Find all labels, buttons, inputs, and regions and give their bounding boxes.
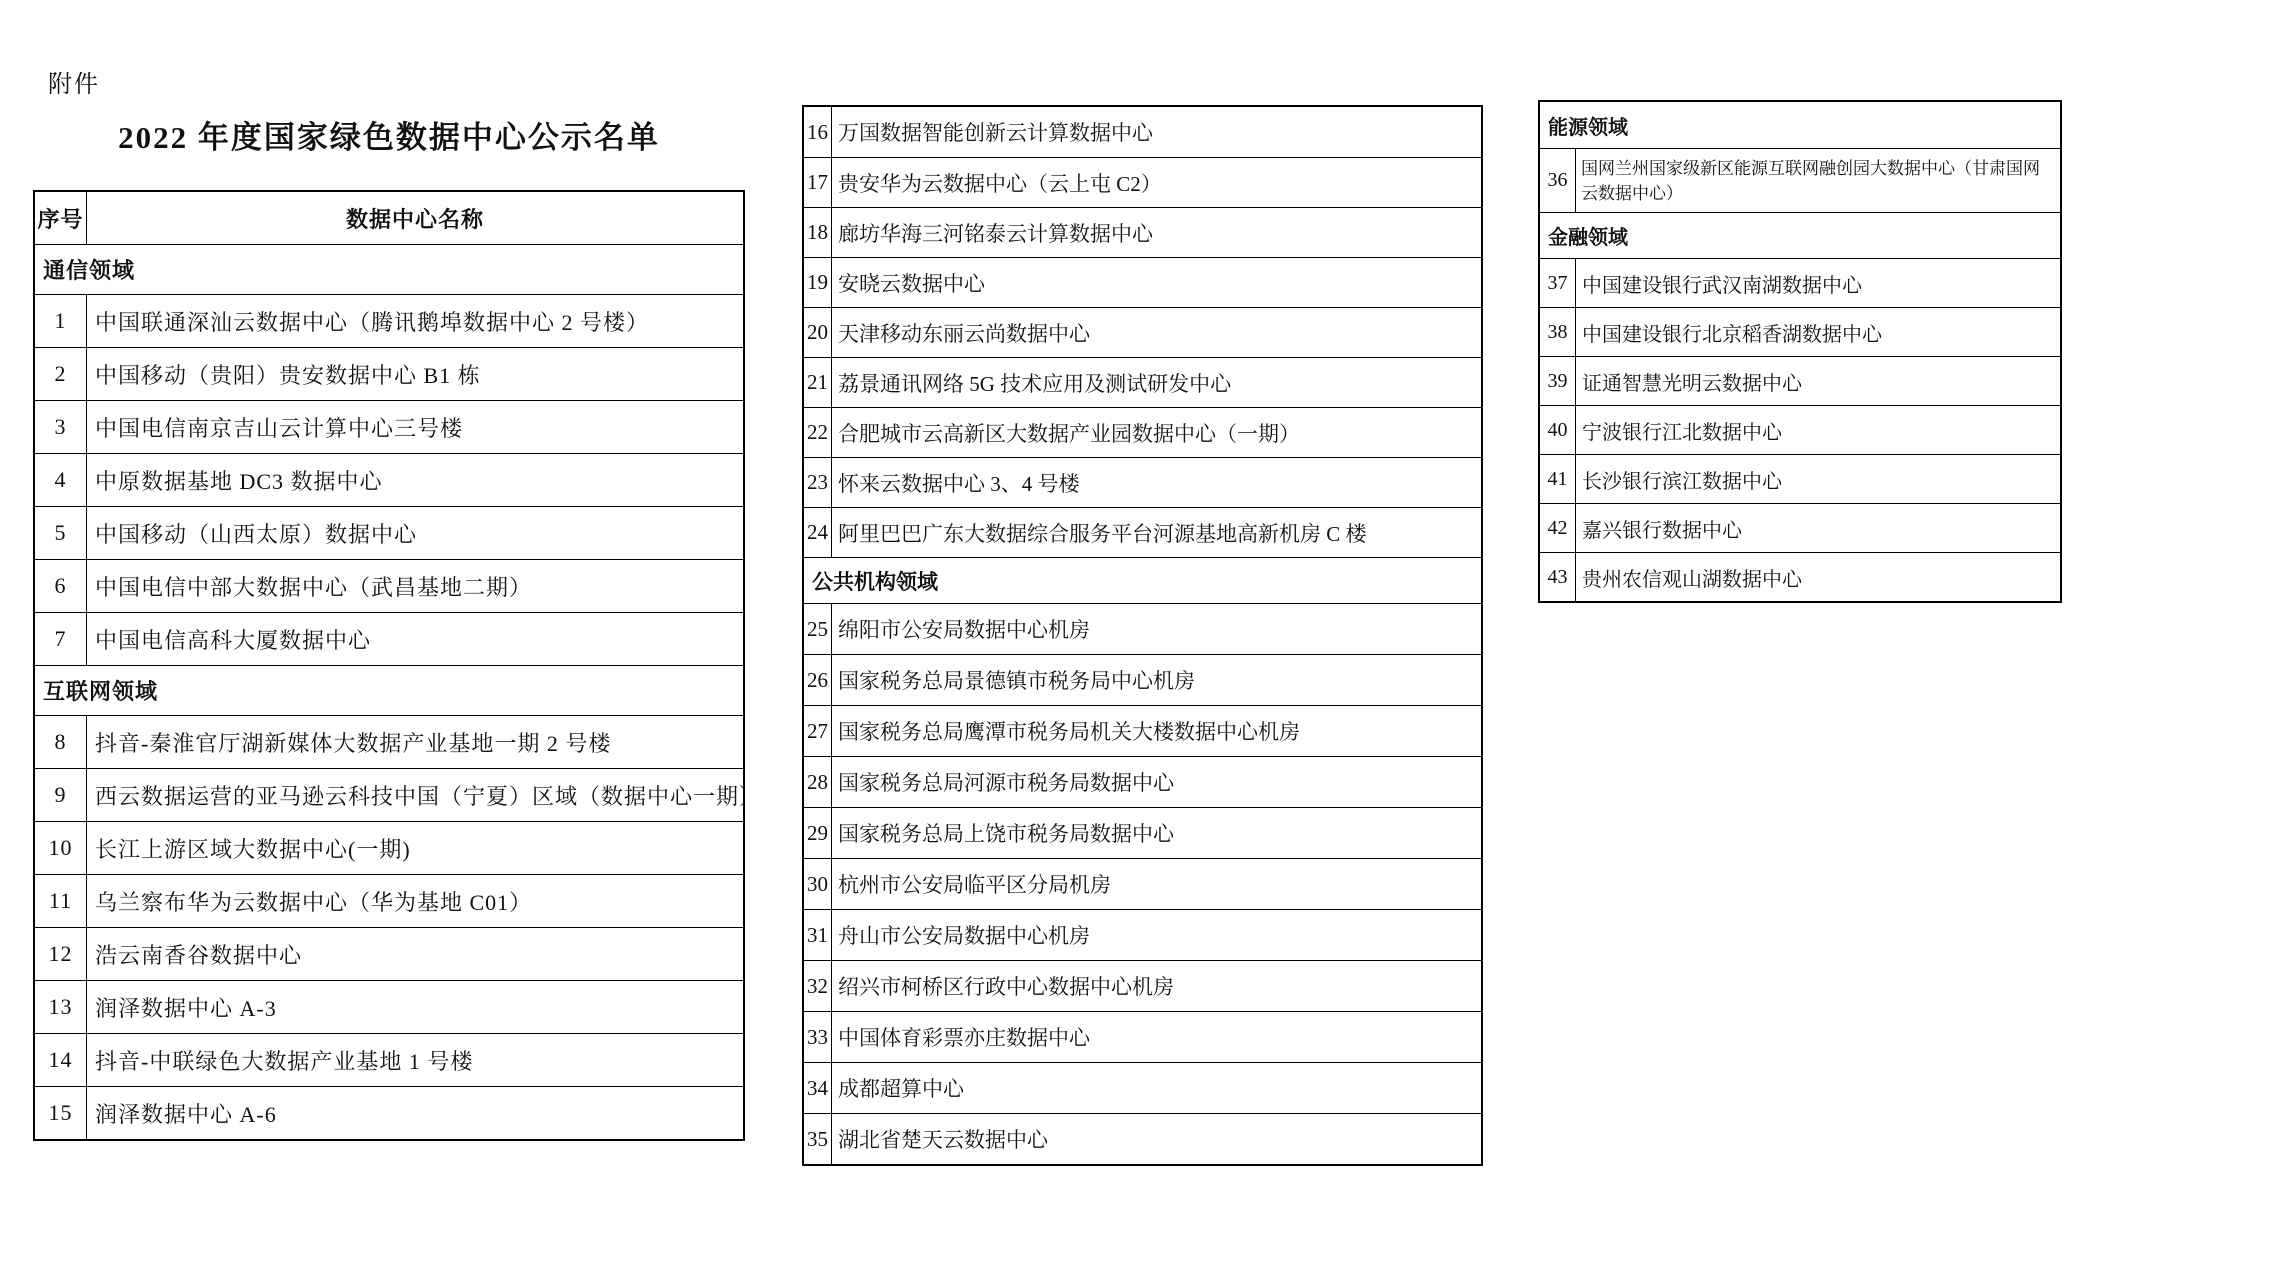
row-name-cell: 润泽数据中心 A-3	[87, 981, 743, 1033]
table-row: 16万国数据智能创新云计算数据中心	[804, 107, 1481, 157]
row-name-cell: 万国数据智能创新云计算数据中心	[832, 107, 1481, 157]
table-row: 9西云数据运营的亚马逊云科技中国（宁夏）区域（数据中心一期）	[35, 768, 743, 821]
row-name-cell: 抖音-中联绿色大数据产业基地 1 号楼	[87, 1034, 743, 1086]
row-name-cell: 贵州农信观山湖数据中心	[1576, 553, 2060, 601]
row-number-cell: 40	[1540, 406, 1576, 454]
section-row: 互联网领域	[35, 665, 743, 715]
row-name-cell: 绍兴市柯桥区行政中心数据中心机房	[832, 961, 1481, 1011]
table-row: 35湖北省楚天云数据中心	[804, 1113, 1481, 1164]
table-row: 7中国电信高科大厦数据中心	[35, 612, 743, 665]
row-name-cell: 国家税务总局河源市税务局数据中心	[832, 757, 1481, 807]
row-name-cell: 乌兰察布华为云数据中心（华为基地 C01）	[87, 875, 743, 927]
section-row: 金融领域	[1540, 212, 2060, 258]
row-name-cell: 长江上游区域大数据中心(一期)	[87, 822, 743, 874]
table-row: 24阿里巴巴广东大数据综合服务平台河源基地高新机房 C 楼	[804, 507, 1481, 557]
section-row: 能源领域	[1540, 102, 2060, 148]
table-row: 12浩云南香谷数据中心	[35, 927, 743, 980]
table-row: 6中国电信中部大数据中心（武昌基地二期）	[35, 559, 743, 612]
row-name-cell: 国家税务总局鹰潭市税务局机关大楼数据中心机房	[832, 706, 1481, 756]
row-number-cell: 36	[1540, 149, 1576, 212]
table-row: 17贵安华为云数据中心（云上屯 C2）	[804, 157, 1481, 207]
document-page: { "page": { "attachment_label": "附件", "t…	[0, 0, 2276, 1279]
row-number-cell: 25	[804, 604, 832, 654]
row-number-cell: 9	[35, 769, 87, 821]
table-row: 43贵州农信观山湖数据中心	[1540, 552, 2060, 601]
table-row: 23怀来云数据中心 3、4 号楼	[804, 457, 1481, 507]
row-name-cell: 国家税务总局上饶市税务局数据中心	[832, 808, 1481, 858]
row-number-cell: 23	[804, 458, 832, 507]
row-number-cell: 3	[35, 401, 87, 453]
row-number-cell: 16	[804, 107, 832, 157]
section-label: 公共机构领域	[804, 558, 1481, 603]
row-number-cell: 30	[804, 859, 832, 909]
row-number-cell: 33	[804, 1012, 832, 1062]
row-name-cell: 润泽数据中心 A-6	[87, 1087, 743, 1139]
row-name-cell: 中国电信中部大数据中心（武昌基地二期）	[87, 560, 743, 612]
row-name-cell: 长沙银行滨江数据中心	[1576, 455, 2060, 503]
table-row: 10长江上游区域大数据中心(一期)	[35, 821, 743, 874]
row-name-cell: 廊坊华海三河铭泰云计算数据中心	[832, 208, 1481, 257]
section-row: 通信领域	[35, 244, 743, 294]
row-number-cell: 12	[35, 928, 87, 980]
table-row: 25绵阳市公安局数据中心机房	[804, 603, 1481, 654]
row-name-cell: 中国电信南京吉山云计算中心三号楼	[87, 401, 743, 453]
table-row: 5中国移动（山西太原）数据中心	[35, 506, 743, 559]
row-number-cell: 7	[35, 613, 87, 665]
row-number-cell: 5	[35, 507, 87, 559]
row-name-cell: 天津移动东丽云尚数据中心	[832, 308, 1481, 357]
row-number-cell: 1	[35, 295, 87, 347]
table-row: 22合肥城市云高新区大数据产业园数据中心（一期）	[804, 407, 1481, 457]
row-number-cell: 22	[804, 408, 832, 457]
table-row: 28国家税务总局河源市税务局数据中心	[804, 756, 1481, 807]
table-row: 30杭州市公安局临平区分局机房	[804, 858, 1481, 909]
table-row: 33中国体育彩票亦庄数据中心	[804, 1011, 1481, 1062]
table-communication-internet: 序号数据中心名称通信领域1中国联通深汕云数据中心（腾讯鹅埠数据中心 2 号楼）2…	[33, 190, 745, 1141]
table-row: 34成都超算中心	[804, 1062, 1481, 1113]
row-number-cell: 20	[804, 308, 832, 357]
row-number-cell: 24	[804, 508, 832, 557]
attachment-label: 附件	[48, 64, 100, 99]
row-name-cell: 宁波银行江北数据中心	[1576, 406, 2060, 454]
table-row: 13润泽数据中心 A-3	[35, 980, 743, 1033]
row-number-cell: 37	[1540, 259, 1576, 307]
table-row: 27国家税务总局鹰潭市税务局机关大楼数据中心机房	[804, 705, 1481, 756]
table-row: 26国家税务总局景德镇市税务局中心机房	[804, 654, 1481, 705]
row-name-cell: 中国联通深汕云数据中心（腾讯鹅埠数据中心 2 号楼）	[87, 295, 743, 347]
row-number-cell: 14	[35, 1034, 87, 1086]
table-row: 29国家税务总局上饶市税务局数据中心	[804, 807, 1481, 858]
row-number-cell: 6	[35, 560, 87, 612]
row-number-cell: 8	[35, 716, 87, 768]
table-row: 14抖音-中联绿色大数据产业基地 1 号楼	[35, 1033, 743, 1086]
table-row: 39证通智慧光明云数据中心	[1540, 356, 2060, 405]
row-name-cell: 中原数据基地 DC3 数据中心	[87, 454, 743, 506]
table-row: 40宁波银行江北数据中心	[1540, 405, 2060, 454]
table-row: 4中原数据基地 DC3 数据中心	[35, 453, 743, 506]
row-number-cell: 38	[1540, 308, 1576, 356]
row-number-cell: 26	[804, 655, 832, 705]
row-name-cell: 国网兰州国家级新区能源互联网融创园大数据中心（甘肃国网云数据中心）	[1576, 149, 2060, 212]
row-name-cell: 西云数据运营的亚马逊云科技中国（宁夏）区域（数据中心一期）	[87, 769, 743, 821]
table-row: 11乌兰察布华为云数据中心（华为基地 C01）	[35, 874, 743, 927]
column-header-index: 序号	[35, 192, 87, 244]
column-header-name: 数据中心名称	[87, 192, 743, 244]
table-row: 8抖音-秦淮官厅湖新媒体大数据产业基地一期 2 号楼	[35, 715, 743, 768]
row-name-cell: 杭州市公安局临平区分局机房	[832, 859, 1481, 909]
row-number-cell: 32	[804, 961, 832, 1011]
row-name-cell: 合肥城市云高新区大数据产业园数据中心（一期）	[832, 408, 1481, 457]
row-name-cell: 中国移动（山西太原）数据中心	[87, 507, 743, 559]
table-row: 18廊坊华海三河铭泰云计算数据中心	[804, 207, 1481, 257]
row-name-cell: 湖北省楚天云数据中心	[832, 1114, 1481, 1164]
table-row: 19安晓云数据中心	[804, 257, 1481, 307]
row-name-cell: 中国移动（贵阳）贵安数据中心 B1 栋	[87, 348, 743, 400]
table-row: 37中国建设银行武汉南湖数据中心	[1540, 258, 2060, 307]
section-label: 能源领域	[1540, 102, 2060, 148]
row-number-cell: 29	[804, 808, 832, 858]
row-name-cell: 中国电信高科大厦数据中心	[87, 613, 743, 665]
row-number-cell: 21	[804, 358, 832, 407]
row-number-cell: 39	[1540, 357, 1576, 405]
table-row: 3中国电信南京吉山云计算中心三号楼	[35, 400, 743, 453]
row-name-cell: 阿里巴巴广东大数据综合服务平台河源基地高新机房 C 楼	[832, 508, 1481, 557]
row-name-cell: 嘉兴银行数据中心	[1576, 504, 2060, 552]
row-number-cell: 27	[804, 706, 832, 756]
row-name-cell: 成都超算中心	[832, 1063, 1481, 1113]
table-energy-finance: 能源领域36国网兰州国家级新区能源互联网融创园大数据中心（甘肃国网云数据中心）金…	[1538, 100, 2062, 603]
page-title: 2022 年度国家绿色数据中心公示名单	[33, 112, 745, 157]
row-number-cell: 4	[35, 454, 87, 506]
row-number-cell: 43	[1540, 553, 1576, 601]
row-number-cell: 34	[804, 1063, 832, 1113]
row-name-cell: 中国建设银行武汉南湖数据中心	[1576, 259, 2060, 307]
row-number-cell: 17	[804, 158, 832, 207]
row-name-cell: 证通智慧光明云数据中心	[1576, 357, 2060, 405]
row-number-cell: 28	[804, 757, 832, 807]
table-row: 31舟山市公安局数据中心机房	[804, 909, 1481, 960]
row-number-cell: 18	[804, 208, 832, 257]
row-number-cell: 15	[35, 1087, 87, 1139]
row-name-cell: 中国建设银行北京稻香湖数据中心	[1576, 308, 2060, 356]
row-name-cell: 抖音-秦淮官厅湖新媒体大数据产业基地一期 2 号楼	[87, 716, 743, 768]
row-number-cell: 2	[35, 348, 87, 400]
row-number-cell: 42	[1540, 504, 1576, 552]
table-row: 41长沙银行滨江数据中心	[1540, 454, 2060, 503]
row-name-cell: 安晓云数据中心	[832, 258, 1481, 307]
section-row: 公共机构领域	[804, 557, 1481, 603]
table-header-row: 序号数据中心名称	[35, 192, 743, 244]
row-number-cell: 13	[35, 981, 87, 1033]
table-row: 15润泽数据中心 A-6	[35, 1086, 743, 1139]
table-internet-public: 16万国数据智能创新云计算数据中心17贵安华为云数据中心（云上屯 C2）18廊坊…	[802, 105, 1483, 1166]
row-number-cell: 11	[35, 875, 87, 927]
table-row: 42嘉兴银行数据中心	[1540, 503, 2060, 552]
row-number-cell: 19	[804, 258, 832, 307]
row-name-cell: 怀来云数据中心 3、4 号楼	[832, 458, 1481, 507]
table-row: 21荔景通讯网络 5G 技术应用及测试研发中心	[804, 357, 1481, 407]
row-name-cell: 中国体育彩票亦庄数据中心	[832, 1012, 1481, 1062]
table-row: 2中国移动（贵阳）贵安数据中心 B1 栋	[35, 347, 743, 400]
section-label: 通信领域	[35, 245, 743, 294]
row-number-cell: 31	[804, 910, 832, 960]
row-number-cell: 35	[804, 1114, 832, 1164]
row-name-cell: 浩云南香谷数据中心	[87, 928, 743, 980]
row-name-cell: 荔景通讯网络 5G 技术应用及测试研发中心	[832, 358, 1481, 407]
row-number-cell: 10	[35, 822, 87, 874]
table-row: 36国网兰州国家级新区能源互联网融创园大数据中心（甘肃国网云数据中心）	[1540, 148, 2060, 212]
row-name-cell: 贵安华为云数据中心（云上屯 C2）	[832, 158, 1481, 207]
row-name-cell: 舟山市公安局数据中心机房	[832, 910, 1481, 960]
section-label: 金融领域	[1540, 213, 2060, 258]
table-row: 1中国联通深汕云数据中心（腾讯鹅埠数据中心 2 号楼）	[35, 294, 743, 347]
row-number-cell: 41	[1540, 455, 1576, 503]
section-label: 互联网领域	[35, 666, 743, 715]
table-row: 32绍兴市柯桥区行政中心数据中心机房	[804, 960, 1481, 1011]
table-row: 20天津移动东丽云尚数据中心	[804, 307, 1481, 357]
row-name-cell: 绵阳市公安局数据中心机房	[832, 604, 1481, 654]
table-row: 38中国建设银行北京稻香湖数据中心	[1540, 307, 2060, 356]
row-name-cell: 国家税务总局景德镇市税务局中心机房	[832, 655, 1481, 705]
